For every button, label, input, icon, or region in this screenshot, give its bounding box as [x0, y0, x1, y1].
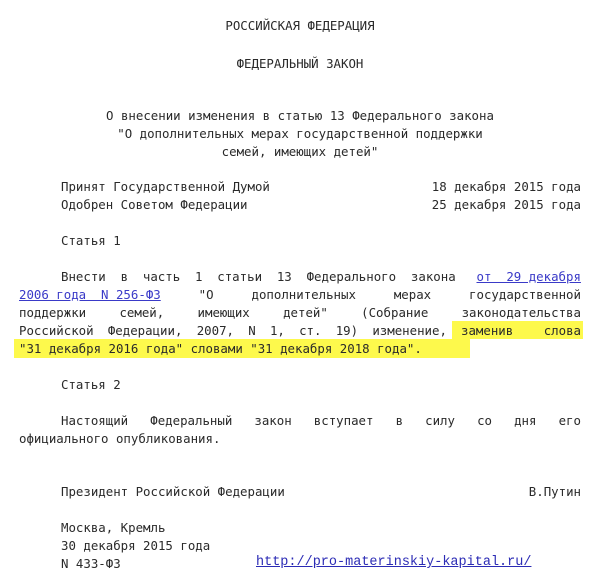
word: 19)	[336, 323, 358, 338]
word: 1,	[270, 323, 285, 338]
word: в	[396, 413, 403, 428]
law-256-fz-link[interactable]: от 29 декабря	[477, 269, 581, 284]
word: Настоящий	[61, 413, 128, 428]
word: вступает	[314, 413, 374, 428]
word: N	[248, 323, 255, 338]
word: изменение,	[372, 323, 447, 338]
adoption-council-label: Одобрен Советом Федерации	[61, 197, 248, 212]
adoption-duma-label: Принят Государственной Думой	[61, 179, 270, 194]
word: дополнительных	[251, 287, 355, 302]
word: государственной	[469, 287, 581, 302]
word: Федерального	[307, 269, 397, 284]
article-2-line1: Настоящий Федеральный закон вступает в с…	[61, 413, 581, 428]
word: заменив	[461, 323, 513, 338]
word: статьи	[217, 269, 262, 284]
word: слова	[544, 323, 581, 338]
word: закон	[254, 413, 291, 428]
doc-type-heading: ФЕДЕРАЛЬНЫЙ ЗАКОН	[0, 56, 600, 71]
article-1-line2: 2006 года N 256-ФЗ "О дополнительных мер…	[19, 287, 581, 302]
word: имеющих	[198, 305, 250, 320]
article-1-line1: Внести в часть 1 статьи 13 Федерального …	[61, 269, 581, 284]
word: закона	[411, 269, 456, 284]
word: детей"	[283, 305, 328, 320]
law-title-line3: семей, имеющих детей"	[0, 144, 600, 159]
adoption-duma-date: 18 декабря 2015 года	[432, 179, 581, 194]
signing-date: 30 декабря 2015 года	[61, 538, 210, 553]
word: со	[477, 413, 492, 428]
law-title-line1: О внесении изменения в статью 13 Федерал…	[0, 108, 600, 123]
article-2-heading: Статья 2	[61, 377, 121, 392]
adoption-council-date: 25 декабря 2015 года	[432, 197, 581, 212]
article-1-line3: поддержки семей, имеющих детей" (Собрани…	[19, 305, 581, 320]
word: в	[121, 269, 128, 284]
country-heading: РОССИЙСКАЯ ФЕДЕРАЦИЯ	[0, 18, 600, 33]
word: мерах	[394, 287, 431, 302]
word: Российской	[19, 323, 94, 338]
law-256-fz-link-cont[interactable]: 2006 года N 256-ФЗ	[19, 287, 161, 302]
source-site-link[interactable]: http://pro-materinskiy-kapital.ru/	[256, 555, 531, 570]
word: "О	[199, 287, 214, 302]
law-number: N 433-ФЗ	[61, 556, 121, 571]
word: 2007,	[197, 323, 234, 338]
word: 13	[277, 269, 292, 284]
word: поддержки	[19, 305, 86, 320]
signing-place: Москва, Кремль	[61, 520, 165, 535]
word: семей,	[119, 305, 164, 320]
word: 1	[195, 269, 202, 284]
signature-title: Президент Российской Федерации	[61, 484, 285, 499]
word: Федеральный	[150, 413, 232, 428]
word: дня	[514, 413, 536, 428]
article-2-line2: официального опубликования.	[19, 431, 581, 446]
word: часть	[143, 269, 180, 284]
word: его	[559, 413, 581, 428]
highlighted-text-part1: заменив слова	[461, 323, 581, 338]
word: силу	[425, 413, 455, 428]
signature-name: В.Путин	[529, 484, 581, 499]
law-title-line2: "О дополнительных мерах государственной …	[0, 126, 600, 141]
word: Федерации,	[108, 323, 183, 338]
word: законодательства	[462, 305, 581, 320]
word: (Собрание	[361, 305, 428, 320]
highlighted-text-part2: "31 декабря 2016 года" словами "31 декаб…	[19, 341, 581, 356]
word: Внести	[61, 269, 106, 284]
word: ст.	[299, 323, 321, 338]
article-1-heading: Статья 1	[61, 233, 121, 248]
